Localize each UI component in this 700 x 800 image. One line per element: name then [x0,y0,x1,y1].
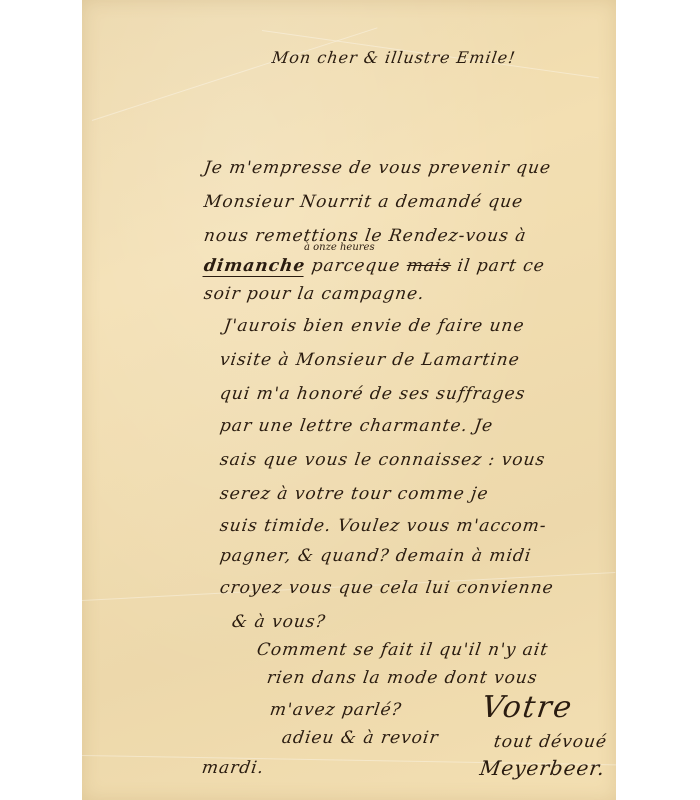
body-line: Comment se fait il qu'il n'y ait [256,640,550,660]
body-line: qui m'a honoré de ses suffrages [219,384,527,404]
body-line: serez à votre tour comme je [219,484,490,504]
body-line: Je m'empresse de vous prevenir que [203,158,553,178]
paper-crease [92,27,378,121]
body-line: croyez vous que cela lui convienne [219,578,555,598]
closing-line: adieu & à revoir [281,728,440,748]
body-line: pagner, & quand? demain à midi [219,546,533,566]
body-line: par une lettre charmante. Je [219,416,495,436]
signature: Meyerbeer. [478,756,607,780]
body-line: dimanche parceque mais il part ce [203,256,547,276]
body-line: rien dans la mode dont vous [266,668,539,688]
underlined-word: dimanche [202,256,306,277]
body-line: J'aurois bien envie de faire une [223,316,526,336]
body-line: visite à Monsieur de Lamartine [219,350,522,370]
struck-word: mais [405,256,452,276]
word: il part ce [456,256,546,276]
salutation: Mon cher & illustre Emile! [271,48,517,67]
body-line: & à vous? [231,612,328,632]
body-line: m'avez parlé? [269,700,404,720]
word: parceque [310,256,401,276]
body-line: soir pour la campagne. [203,284,426,304]
body-line: suis timide. Voulez vous m'accom- [219,516,548,536]
date-day: mardi. [201,758,266,778]
body-line: sais que vous le connaissez : vous [219,450,547,470]
interlinear-insert: à onze heures [304,242,375,253]
body-line: Monsieur Nourrit a demandé que [203,192,525,212]
letter-paper: Mon cher & illustre Emile! Je m'empresse… [82,0,616,800]
closing-devoted: tout dévoué [493,732,609,752]
closing-votre: Votre [480,690,576,725]
